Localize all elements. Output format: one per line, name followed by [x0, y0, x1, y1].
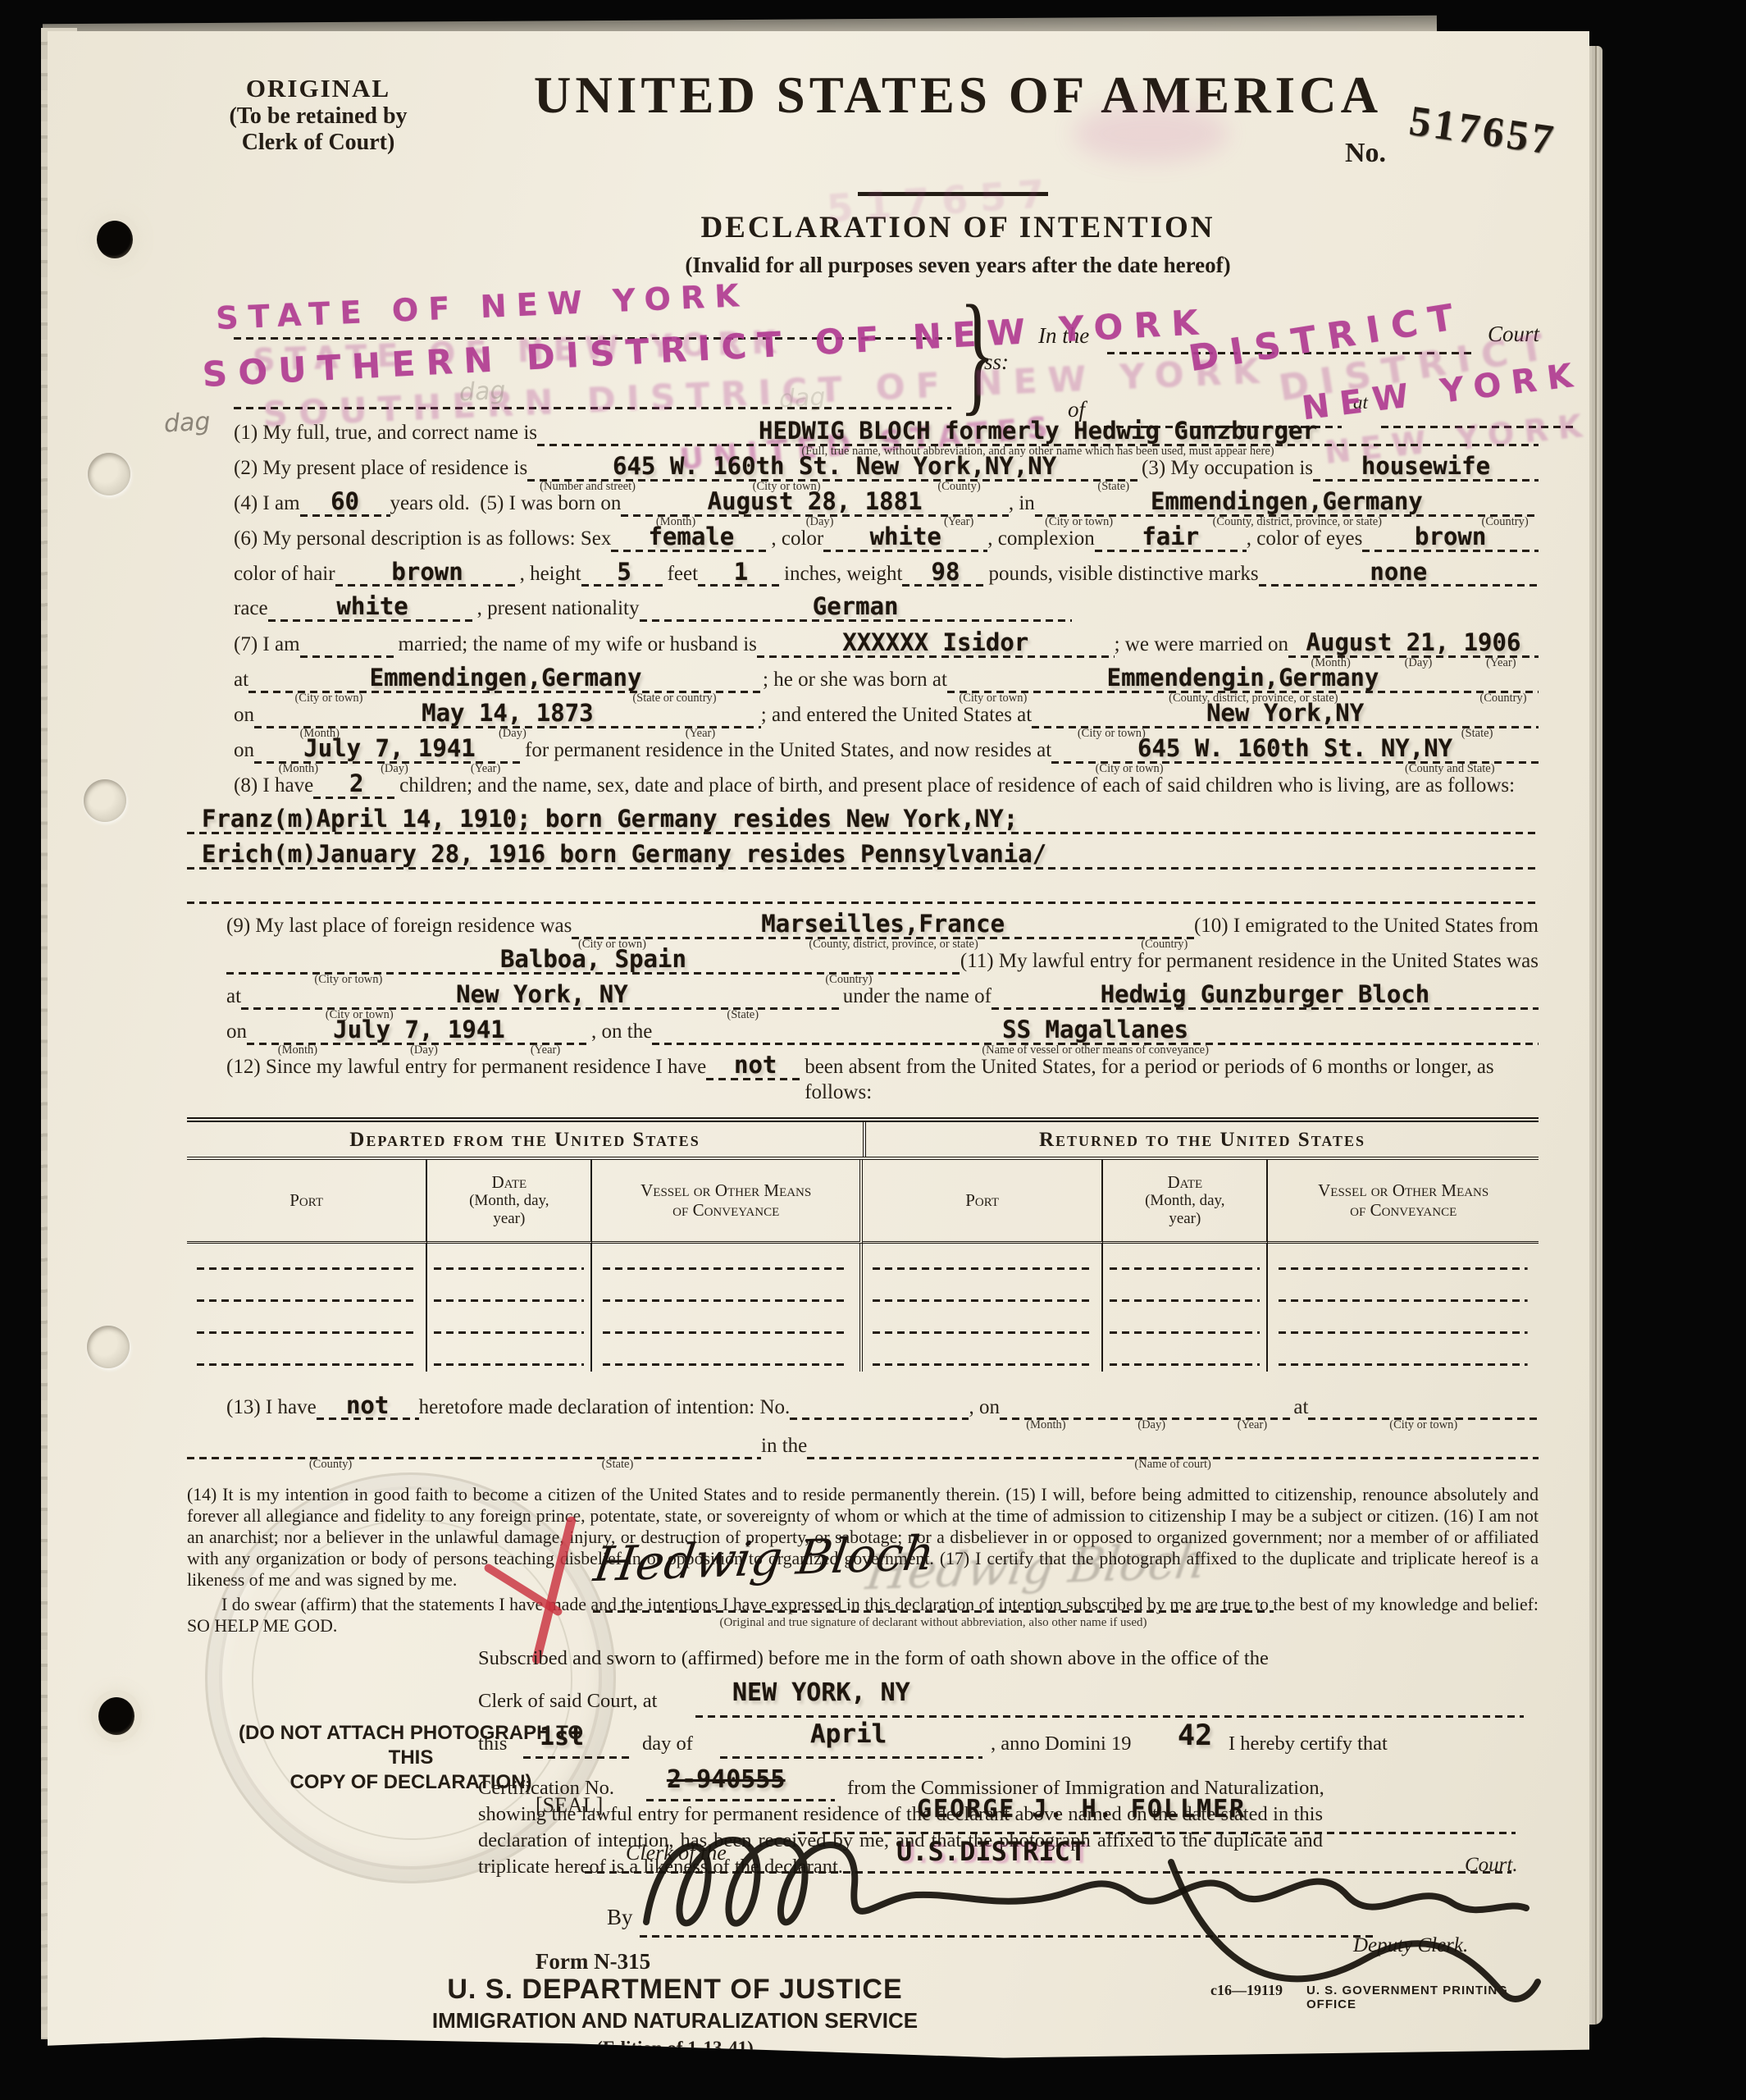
- under-name-label: under the name of: [843, 984, 992, 1009]
- spouse-birthdate-value: May 14, 1873: [254, 701, 761, 728]
- pencil-note-ghost: dag: [458, 377, 506, 408]
- field-3-label: (3) My occupation is: [1142, 455, 1313, 481]
- lawful-entry-date-sublabels: (Month) (Day) (Year): [247, 1044, 591, 1057]
- number-label: No.: [1345, 138, 1386, 169]
- declaration-number: 517657: [1406, 97, 1559, 165]
- field-5-in-label: , in: [1009, 491, 1035, 516]
- field-9-10-row: (9) My last place of foreign residence w…: [187, 911, 1539, 939]
- color-seg: white: [823, 524, 987, 552]
- prior-city-blank: [1308, 1393, 1539, 1421]
- marriage-place-seg: Emmendingen,Germany (City or town) (Stat…: [248, 665, 763, 693]
- inches-seg: 1: [698, 559, 784, 587]
- field-1-row: (1) My full, true, and correct name is H…: [187, 418, 1539, 446]
- marks-seg: none: [1259, 559, 1539, 587]
- complexion-value: fair: [1095, 524, 1247, 552]
- field-10-label: (10) I emigrated to the United States fr…: [1194, 913, 1539, 938]
- married-seg: [300, 630, 399, 658]
- prior-state-seg: (State): [474, 1431, 761, 1459]
- prior-number-seg: [790, 1393, 969, 1421]
- field-7-row-4: on July 7, 1941 (Month) (Day) (Year) for…: [187, 736, 1539, 764]
- table-cell-empty: [592, 1244, 863, 1276]
- field-11-row-2: on July 7, 1941 (Month) (Day) (Year) , o…: [187, 1017, 1539, 1045]
- residence-now-value: 645 W. 160th St. NY,NY: [1051, 736, 1539, 764]
- photographed-document: ORIGINAL (To be retained by Clerk of Cou…: [0, 0, 1746, 2100]
- table-cell-empty: [592, 1308, 863, 1340]
- field-12-rest: been absent from the United States, for …: [805, 1054, 1539, 1106]
- marriage-date-value: August 21, 1906: [1288, 630, 1539, 658]
- sublabel-year: (Year): [471, 763, 500, 775]
- field-7-row-2: at Emmendingen,Germany (City or town) (S…: [187, 665, 1539, 693]
- table-cell-empty: [592, 1340, 863, 1372]
- lawful-entry-date-value: July 7, 1941: [247, 1017, 591, 1045]
- do-not-attach-note: (DO NOT ATTACH PHOTOGRAPH TO THIS COPY O…: [235, 1721, 587, 1795]
- emigrated-from-value: Balboa, Spain: [226, 947, 960, 975]
- at-label: at: [226, 984, 241, 1009]
- absence-table: Departed from the United States Returned…: [187, 1117, 1539, 1372]
- table-cell-empty: [1103, 1340, 1268, 1372]
- sublabel-country: (Country): [1141, 938, 1188, 951]
- child-1-row: Franz(m)April 14, 1910; born Germany res…: [187, 806, 1539, 834]
- marks-value: none: [1259, 559, 1539, 587]
- occupation-value: housewife: [1313, 454, 1539, 482]
- residence-now-sublabels: (City or town) (County and State): [1051, 763, 1539, 775]
- vessel-seg: SS Magallanes (Name of vessel or other m…: [652, 1017, 1539, 1045]
- binder-hole: [88, 453, 130, 495]
- sublabel-city: (City or town): [1308, 1419, 1539, 1431]
- child-1-value: Franz(m)April 14, 1910; born Germany res…: [187, 806, 1539, 834]
- foreign-residence-seg: Marseilles,France (City or town) (County…: [572, 911, 1194, 939]
- table-cell-empty: [592, 1276, 863, 1308]
- field-1-seg: HEDWIG BLOCH formerly Hedwig Gunzburger …: [537, 418, 1539, 446]
- month-value: April: [810, 1719, 887, 1749]
- field-9-label: (9) My last place of foreign residence w…: [226, 913, 572, 938]
- gpo-imprint: U. S. GOVERNMENT PRINTING OFFICE: [1306, 1984, 1544, 2011]
- lawful-entry-place-value: New York, NY: [241, 982, 843, 1010]
- table-cell-empty: [427, 1308, 592, 1340]
- col-date-returned: Date(Month, day,year): [1103, 1160, 1268, 1244]
- marriage-place-value: Emmendingen,Germany: [248, 665, 763, 693]
- prior-county-blank: [187, 1431, 474, 1459]
- table-cell-empty: [863, 1340, 1103, 1372]
- col-port-returned: Port: [863, 1160, 1103, 1244]
- original-retained-note: ORIGINAL (To be retained by Clerk of Cou…: [171, 74, 466, 156]
- entry-place-seg: New York,NY (City or town) (State): [1032, 701, 1539, 728]
- field-6-row-2: color of hair brown , height 5 feet 1 in…: [187, 559, 1539, 587]
- table-cell-empty: [863, 1276, 1103, 1308]
- sublabel-day: (Day): [410, 1044, 438, 1057]
- month-line: [720, 1754, 982, 1759]
- form-body: (1) My full, true, and correct name is H…: [187, 418, 1539, 1637]
- sworn-place-value: NEW YORK, NY: [732, 1678, 910, 1707]
- spouse-birthplace-value: Emmendengin,Germany: [947, 665, 1539, 693]
- entry-date-value: July 7, 1941: [254, 736, 525, 764]
- field-2-label: (2) My present place of residence is: [234, 455, 527, 481]
- field-12-label: (12) Since my lawful entry for permanent…: [226, 1054, 706, 1080]
- service-name: IMMIGRATION AND NATURALIZATION SERVICE: [417, 2008, 933, 2034]
- entry-name-value: Hedwig Gunzburger Bloch: [992, 982, 1539, 1010]
- do-not-attach-line-2: COPY OF DECLARATION): [235, 1770, 587, 1795]
- child-2-seg: Erich(m)January 28, 1916 born Germany re…: [187, 842, 1539, 870]
- foreign-residence-value: Marseilles,France: [572, 911, 1194, 939]
- color-label: , color: [771, 526, 823, 551]
- eyes-label: , color of eyes: [1247, 526, 1363, 551]
- retained-line-1: (To be retained by: [171, 103, 466, 130]
- sublabel-name-of-court: (Name of court): [807, 1459, 1539, 1471]
- binder-hole: [97, 221, 133, 258]
- year-value: 42: [1178, 1719, 1212, 1752]
- on-label: on: [226, 1019, 247, 1044]
- prior-date-sublabels: (Month) (Day) (Year): [1000, 1419, 1293, 1431]
- sublabel-city: (City or town): [1096, 763, 1164, 775]
- table-cell-empty: [1268, 1244, 1539, 1276]
- children-count-value: 2: [313, 771, 399, 799]
- signature-sublabel: (Original and true signature of declaran…: [593, 1616, 1274, 1630]
- field-13-row-2: (County) (State) in the (Name of court): [187, 1431, 1539, 1459]
- field-4-label: (4) I am: [234, 491, 300, 516]
- sublabel-state: (State): [474, 1459, 761, 1471]
- birthplace-value: Emmendingen,Germany: [1035, 489, 1539, 517]
- entry-name-seg: Hedwig Gunzburger Bloch: [992, 982, 1539, 1010]
- field-8-row: (8) I have 2 children; and the name, sex…: [187, 771, 1539, 799]
- weight-seg: 98: [902, 559, 988, 587]
- spouse-birthdate-seg: May 14, 1873 (Month) (Day) (Year): [254, 701, 761, 728]
- child-blank-seg: [187, 877, 1539, 905]
- birthdate-seg: August 28, 1881 (Month) (Day) (Year): [621, 489, 1008, 517]
- table-cell-empty: [187, 1244, 427, 1276]
- field-6-row-3: race white , present nationality German: [187, 594, 1072, 622]
- table-cell-empty: [1103, 1244, 1268, 1276]
- pink-ink-smudge: [1073, 105, 1229, 162]
- field-13-rest: heretofore made declaration of intention…: [419, 1395, 791, 1420]
- resides-label: for permanent residence in the United St…: [525, 737, 1051, 763]
- entered-label: ; and entered the United States at: [761, 702, 1032, 728]
- hair-value: brown: [335, 559, 520, 587]
- feet-seg: 5: [581, 559, 668, 587]
- document-subtitle: (Invalid for all purposes seven years af…: [490, 253, 1425, 278]
- form-number: Form N-315: [490, 1949, 695, 1974]
- field-10-11-row: Balboa, Spain (City or town) (Country) (…: [187, 947, 1539, 975]
- lawful-entry-place-seg: New York, NY (City or town) (State): [241, 982, 843, 1010]
- vessel-value: SS Magallanes: [652, 1017, 1539, 1045]
- eyes-seg: brown: [1362, 524, 1539, 552]
- child-1-seg: Franz(m)April 14, 1910; born Germany res…: [187, 806, 1539, 834]
- inches-value: 1: [698, 559, 784, 587]
- age-value: 60: [300, 489, 390, 517]
- absent-value: not: [706, 1052, 805, 1080]
- sublabel-year: (Year): [531, 1044, 560, 1057]
- residence-now-seg: 645 W. 160th St. NY,NY (City or town) (C…: [1051, 736, 1539, 764]
- clerk-at-label: Clerk of said Court, at: [478, 1688, 657, 1714]
- field-2-seg: 645 W. 160th St. New York,NY,NY (Number …: [527, 454, 1142, 482]
- married-blank: [300, 630, 399, 658]
- binder-hole: [84, 779, 126, 822]
- prior-date-blank: [1000, 1393, 1293, 1421]
- weight-value: 98: [902, 559, 988, 587]
- sublabel-year: (Year): [1238, 1419, 1267, 1431]
- declarant-signature-line: [593, 1608, 1274, 1613]
- complexion-label: , complexion: [987, 526, 1095, 551]
- anno-domini-label: , anno Domini 19: [991, 1731, 1132, 1757]
- race-label: race: [234, 596, 268, 621]
- child-blank-line: [187, 877, 1539, 905]
- clerk-at-line: [695, 1713, 1524, 1718]
- table-cell-empty: [427, 1244, 592, 1276]
- children-count-seg: 2: [313, 771, 399, 799]
- table-cell-empty: [187, 1308, 427, 1340]
- full-name-value: HEDWIG BLOCH formerly Hedwig Gunzburger: [537, 418, 1539, 446]
- retained-line-2: Clerk of Court): [171, 130, 466, 156]
- print-code: c16—19119: [1210, 1982, 1283, 1999]
- edition-note: (Edition of 1-13-41): [417, 2038, 933, 2059]
- on-label: , on: [969, 1395, 1000, 1420]
- sublabel-day: (Day): [1137, 1419, 1165, 1431]
- marks-label: pounds, visible distinctive marks: [988, 561, 1258, 587]
- on-label: on: [234, 702, 254, 728]
- field-8-label: (8) I have: [234, 773, 313, 798]
- table-cell-empty: [1103, 1276, 1268, 1308]
- height-label: , height: [520, 561, 581, 587]
- prior-number-blank: [790, 1393, 969, 1421]
- hair-seg: brown: [335, 559, 520, 587]
- complexion-seg: fair: [1095, 524, 1247, 552]
- table-cell-empty: [1268, 1276, 1539, 1308]
- birthplace-seg: Emmendingen,Germany (City or town) (Coun…: [1035, 489, 1539, 517]
- seal-label: [SEAL]: [536, 1793, 603, 1818]
- table-cell-empty: [427, 1340, 592, 1372]
- prior-court-blank: [807, 1431, 1539, 1459]
- field-2-3-row: (2) My present place of residence is 645…: [187, 454, 1539, 482]
- field-8-rest: children; and the name, sex, date and pl…: [399, 773, 1539, 798]
- residence-value: 645 W. 160th St. New York,NY,NY: [527, 454, 1142, 482]
- child-2-row: Erich(m)January 28, 1916 born Germany re…: [187, 842, 1539, 870]
- race-seg: white: [268, 594, 477, 622]
- prior-city-seg: (City or town): [1308, 1393, 1539, 1421]
- binder-hole: [98, 1697, 134, 1735]
- sublabel-month: (Month): [278, 1044, 317, 1057]
- child-2-value: Erich(m)January 28, 1916 born Germany re…: [187, 842, 1539, 870]
- table-cell-empty: [1268, 1340, 1539, 1372]
- declared-before-seg: not: [317, 1393, 419, 1421]
- col-vessel-returned: Vessel or Other Meansof Conveyance: [1268, 1160, 1539, 1244]
- department-name: U. S. DEPARTMENT OF JUSTICE: [417, 1974, 933, 2006]
- eyes-value: brown: [1362, 524, 1539, 552]
- spouse-value: XXXXXX Isidor: [757, 630, 1115, 658]
- declaration-form-page: ORIGINAL (To be retained by Clerk of Cou…: [48, 31, 1589, 2064]
- field-7-row-1: (7) I am married; the name of my wife or…: [187, 630, 1539, 658]
- returned-title: Returned to the United States: [863, 1122, 1539, 1157]
- weight-label: inches, weight: [784, 561, 902, 587]
- declared-before-value: not: [317, 1393, 419, 1421]
- lawful-entry-date-seg: July 7, 1941 (Month) (Day) (Year): [247, 1017, 591, 1045]
- field-5-label: years old. (5) I was born on: [390, 491, 622, 516]
- nationality-seg: German: [640, 594, 1072, 622]
- field-7-row-3: on May 14, 1873 (Month) (Day) (Year) ; a…: [187, 701, 1539, 728]
- race-value: white: [268, 594, 477, 622]
- on-label: on: [234, 737, 254, 763]
- prior-state-blank: [474, 1431, 761, 1459]
- field-3-seg: housewife: [1313, 454, 1539, 482]
- table-cell-empty: [863, 1308, 1103, 1340]
- nationality-label: , present nationality: [477, 596, 640, 621]
- field-13-label: (13) I have: [226, 1395, 317, 1420]
- nationality-value: German: [640, 594, 1072, 622]
- spouse-name-label: married; the name of my wife or husband …: [399, 632, 757, 657]
- feet-value: 5: [581, 559, 668, 587]
- prior-date-seg: (Month) (Day) (Year): [1000, 1393, 1293, 1421]
- sex-seg: female: [611, 524, 771, 552]
- entry-place-value: New York,NY: [1032, 701, 1539, 728]
- field-12-row: (12) Since my lawful entry for permanent…: [187, 1052, 1539, 1106]
- spouse-born-label: ; he or she was born at: [763, 667, 947, 692]
- field-4-5-row: (4) I am 60 years old. (5) I was born on…: [187, 489, 1539, 517]
- marriage-date-seg: August 21, 1906 (Month) (Day) (Year): [1288, 630, 1539, 658]
- binder-hole: [87, 1326, 130, 1368]
- spouse-seg: XXXXXX Isidor: [757, 630, 1115, 658]
- field-6-row-1: (6) My personal description is as follow…: [187, 524, 1539, 552]
- sublabel-month: (Month): [1026, 1419, 1065, 1431]
- col-port-departed: Port: [187, 1160, 427, 1244]
- sublabel-month: (Month): [279, 763, 318, 775]
- day-of-label: day of: [642, 1731, 693, 1757]
- entry-date-seg: July 7, 1941 (Month) (Day) (Year): [254, 736, 525, 764]
- prior-county-seg: (County): [187, 1431, 474, 1459]
- age-seg: 60: [300, 489, 390, 517]
- col-vessel-departed: Vessel or Other Meansof Conveyance: [592, 1160, 863, 1244]
- table-cell-empty: [1103, 1308, 1268, 1340]
- table-cell-empty: [427, 1276, 592, 1308]
- at-label: at: [234, 667, 248, 692]
- field-1-label: (1) My full, true, and correct name is: [234, 420, 537, 445]
- sublabel-city: (City or town): [959, 692, 1027, 705]
- field-7-label: (7) I am: [234, 632, 300, 657]
- sublabel-county: (County): [187, 1459, 474, 1471]
- at-label: at: [1293, 1395, 1308, 1420]
- table-cell-empty: [863, 1244, 1103, 1276]
- in-the-label: in the: [761, 1433, 807, 1459]
- prior-court-seg: (Name of court): [807, 1431, 1539, 1459]
- certify-label: I hereby certify that: [1229, 1731, 1388, 1757]
- married-on-label: ; we were married on: [1115, 632, 1288, 657]
- color-value: white: [823, 524, 987, 552]
- hair-label: color of hair: [234, 561, 335, 587]
- sex-value: female: [611, 524, 771, 552]
- do-not-attach-line-1: (DO NOT ATTACH PHOTOGRAPH TO THIS: [235, 1721, 587, 1770]
- birthdate-value: August 28, 1881: [621, 489, 1008, 517]
- pencil-note-ghost: dag: [778, 383, 826, 414]
- absence-table-titles: Departed from the United States Returned…: [187, 1122, 1539, 1160]
- sublabel-county-state: (County and State): [1405, 763, 1495, 775]
- feet-label: feet: [668, 561, 698, 587]
- sublabel-year: (Year): [686, 728, 715, 740]
- spouse-birthplace-seg: Emmendengin,Germany (City or town) (Coun…: [947, 665, 1539, 693]
- table-cell-empty: [187, 1276, 427, 1308]
- departed-title: Departed from the United States: [187, 1122, 863, 1157]
- sworn-text: Subscribed and sworn to (affirmed) befor…: [478, 1646, 1528, 1672]
- table-cell-empty: [187, 1340, 427, 1372]
- col-date-departed: Date(Month, day,year): [427, 1160, 592, 1244]
- absent-seg: not: [706, 1052, 805, 1080]
- original-label: ORIGINAL: [171, 74, 466, 103]
- table-cell-empty: [1268, 1308, 1539, 1340]
- field-11-label: (11) My lawful entry for permanent resid…: [960, 948, 1539, 974]
- field-13-row-1: (13) I have not heretofore made declarat…: [187, 1393, 1539, 1421]
- emigrated-from-seg: Balboa, Spain (City or town) (Country): [226, 947, 960, 975]
- absence-table-grid: Port Date(Month, day,year) Vessel or Oth…: [187, 1160, 1539, 1372]
- on-the-label: , on the: [591, 1019, 652, 1044]
- country-title: UNITED STATES OF AMERICA: [490, 66, 1425, 126]
- field-11-row-1: at New York, NY (City or town) (State) u…: [187, 982, 1539, 1010]
- field-6-label: (6) My personal description is as follow…: [234, 526, 611, 551]
- child-blank-row: [187, 877, 1539, 905]
